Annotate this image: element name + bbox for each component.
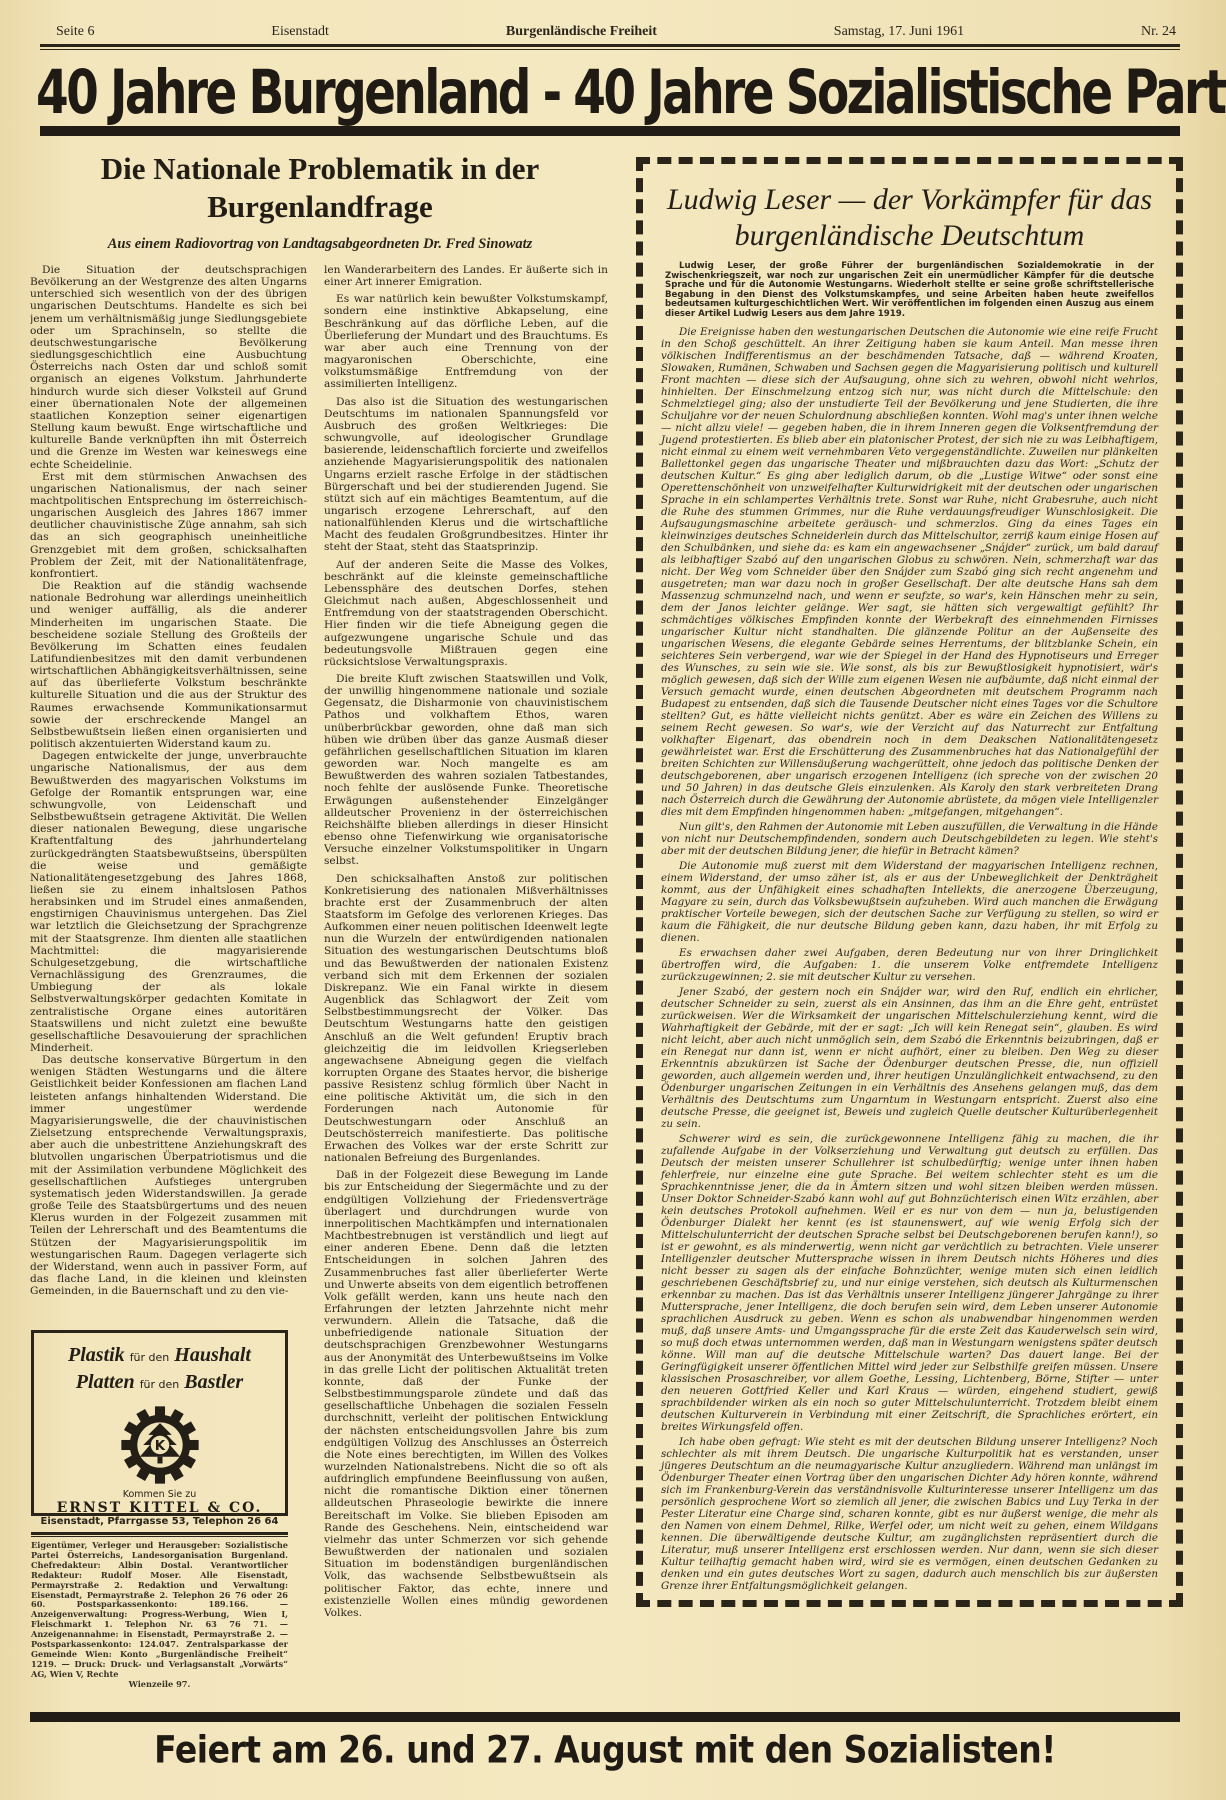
paragraph: Die Situation der deutschsprachigen Bevö… bbox=[30, 264, 307, 471]
paragraph: Das deutsche konservative Bürgertum in d… bbox=[30, 1054, 307, 1297]
paragraph: Auf der anderen Seite die Masse des Volk… bbox=[324, 559, 608, 668]
ad-line-2: Platten für den Bastler bbox=[34, 1370, 285, 1397]
paragraph: Es erwachsen daher zwei Aufgaben, deren … bbox=[661, 947, 1158, 983]
paragraph: Daß in der Folgezeit diese Bewegung im L… bbox=[324, 1169, 608, 1619]
paragraph: Dagegen entwickelte der junge, unverbrau… bbox=[30, 750, 307, 1054]
left-article-column-1: Die Situation der deutschsprachigen Bevö… bbox=[30, 264, 307, 1304]
page-banner: 40 Jahre Burgenland - 40 Jahre Sozialist… bbox=[36, 58, 1186, 128]
footer-rule bbox=[30, 1712, 1180, 1722]
paragraph: Das also ist die Situation des westungar… bbox=[324, 396, 608, 554]
right-article-box: Ludwig Leser — der Vorkämpfer für das bu… bbox=[636, 157, 1183, 1607]
ad-invitation: Kommen Sie zu bbox=[34, 1489, 285, 1500]
issue-number: Nr. 24 bbox=[1141, 24, 1176, 40]
paragraph: Erst mit dem stürmischen Anwachsen des u… bbox=[30, 471, 307, 580]
paragraph: Ich habe oben gefragt: Wie steht es mit … bbox=[661, 1436, 1158, 1592]
paragraph: len Wanderarbeitern des Landes. Er äußer… bbox=[324, 264, 608, 288]
right-article-body: Die Ereignisse haben den westungarischen… bbox=[657, 326, 1162, 1592]
footer-banner: Feiert am 26. und 27. August mit den Soz… bbox=[30, 1728, 1180, 1772]
gear-tree-logo-icon: K bbox=[118, 1403, 202, 1487]
paragraph: Die breite Kluft zwischen Staatswillen u… bbox=[324, 673, 608, 868]
paragraph: Die Autonomie muß zuerst mit dem Widerst… bbox=[661, 860, 1158, 944]
header-rule bbox=[40, 44, 1180, 50]
newspaper-name: Burgenländische Freiheit bbox=[506, 24, 657, 40]
paragraph: Die Reaktion auf die ständig wachsende n… bbox=[30, 580, 307, 750]
paragraph: Schwerer wird es sein, die zurückgewonne… bbox=[661, 1133, 1158, 1433]
right-article-intro: Ludwig Leser, der große Führer der burge… bbox=[657, 262, 1162, 320]
left-article-column-2: len Wanderarbeitern des Landes. Er äußer… bbox=[324, 264, 608, 1709]
ad-company-name: ERNST KITTEL & CO. bbox=[34, 1500, 285, 1516]
paragraph: Die Ereignisse haben den westungarischen… bbox=[661, 326, 1158, 818]
impressum: Eigentümer, Verleger und Herausgeber: So… bbox=[31, 1541, 288, 1690]
svg-text:K: K bbox=[154, 1439, 165, 1454]
newspaper-page: Seite 6 Eisenstadt Burgenländische Freih… bbox=[0, 0, 1226, 1800]
place: Eisenstadt bbox=[271, 24, 329, 40]
banner-rule bbox=[40, 126, 1180, 136]
right-article-title: Ludwig Leser — der Vorkämpfer für das bu… bbox=[657, 182, 1162, 254]
advertisement: Plastik für den Haushalt Platten für den… bbox=[31, 1330, 288, 1516]
ad-line-1: Plastik für den Haushalt bbox=[34, 1343, 285, 1370]
paragraph: Jener Szabó, der gestern noch ein Snájde… bbox=[661, 986, 1158, 1130]
page-header: Seite 6 Eisenstadt Burgenländische Freih… bbox=[56, 24, 1176, 42]
left-article-title: Die Nationale Problematik in der Burgenl… bbox=[30, 150, 610, 226]
paragraph: Es war natürlich kein bewußter Volkstums… bbox=[324, 293, 608, 390]
paragraph: Den schicksalhaften Anstoß zur politisch… bbox=[324, 873, 608, 1165]
page-number: Seite 6 bbox=[56, 24, 95, 40]
left-article-subtitle: Aus einem Radiovortrag von Landtagsabgeo… bbox=[30, 236, 610, 253]
impressum-rule bbox=[31, 1532, 288, 1537]
paragraph: Nun gilt's, den Rahmen der Autonomie mit… bbox=[661, 821, 1158, 857]
issue-date: Samstag, 17. Juni 1961 bbox=[834, 24, 964, 40]
ad-address: Eisenstadt, Pfarrgasse 53, Telephon 26 6… bbox=[34, 1516, 285, 1527]
